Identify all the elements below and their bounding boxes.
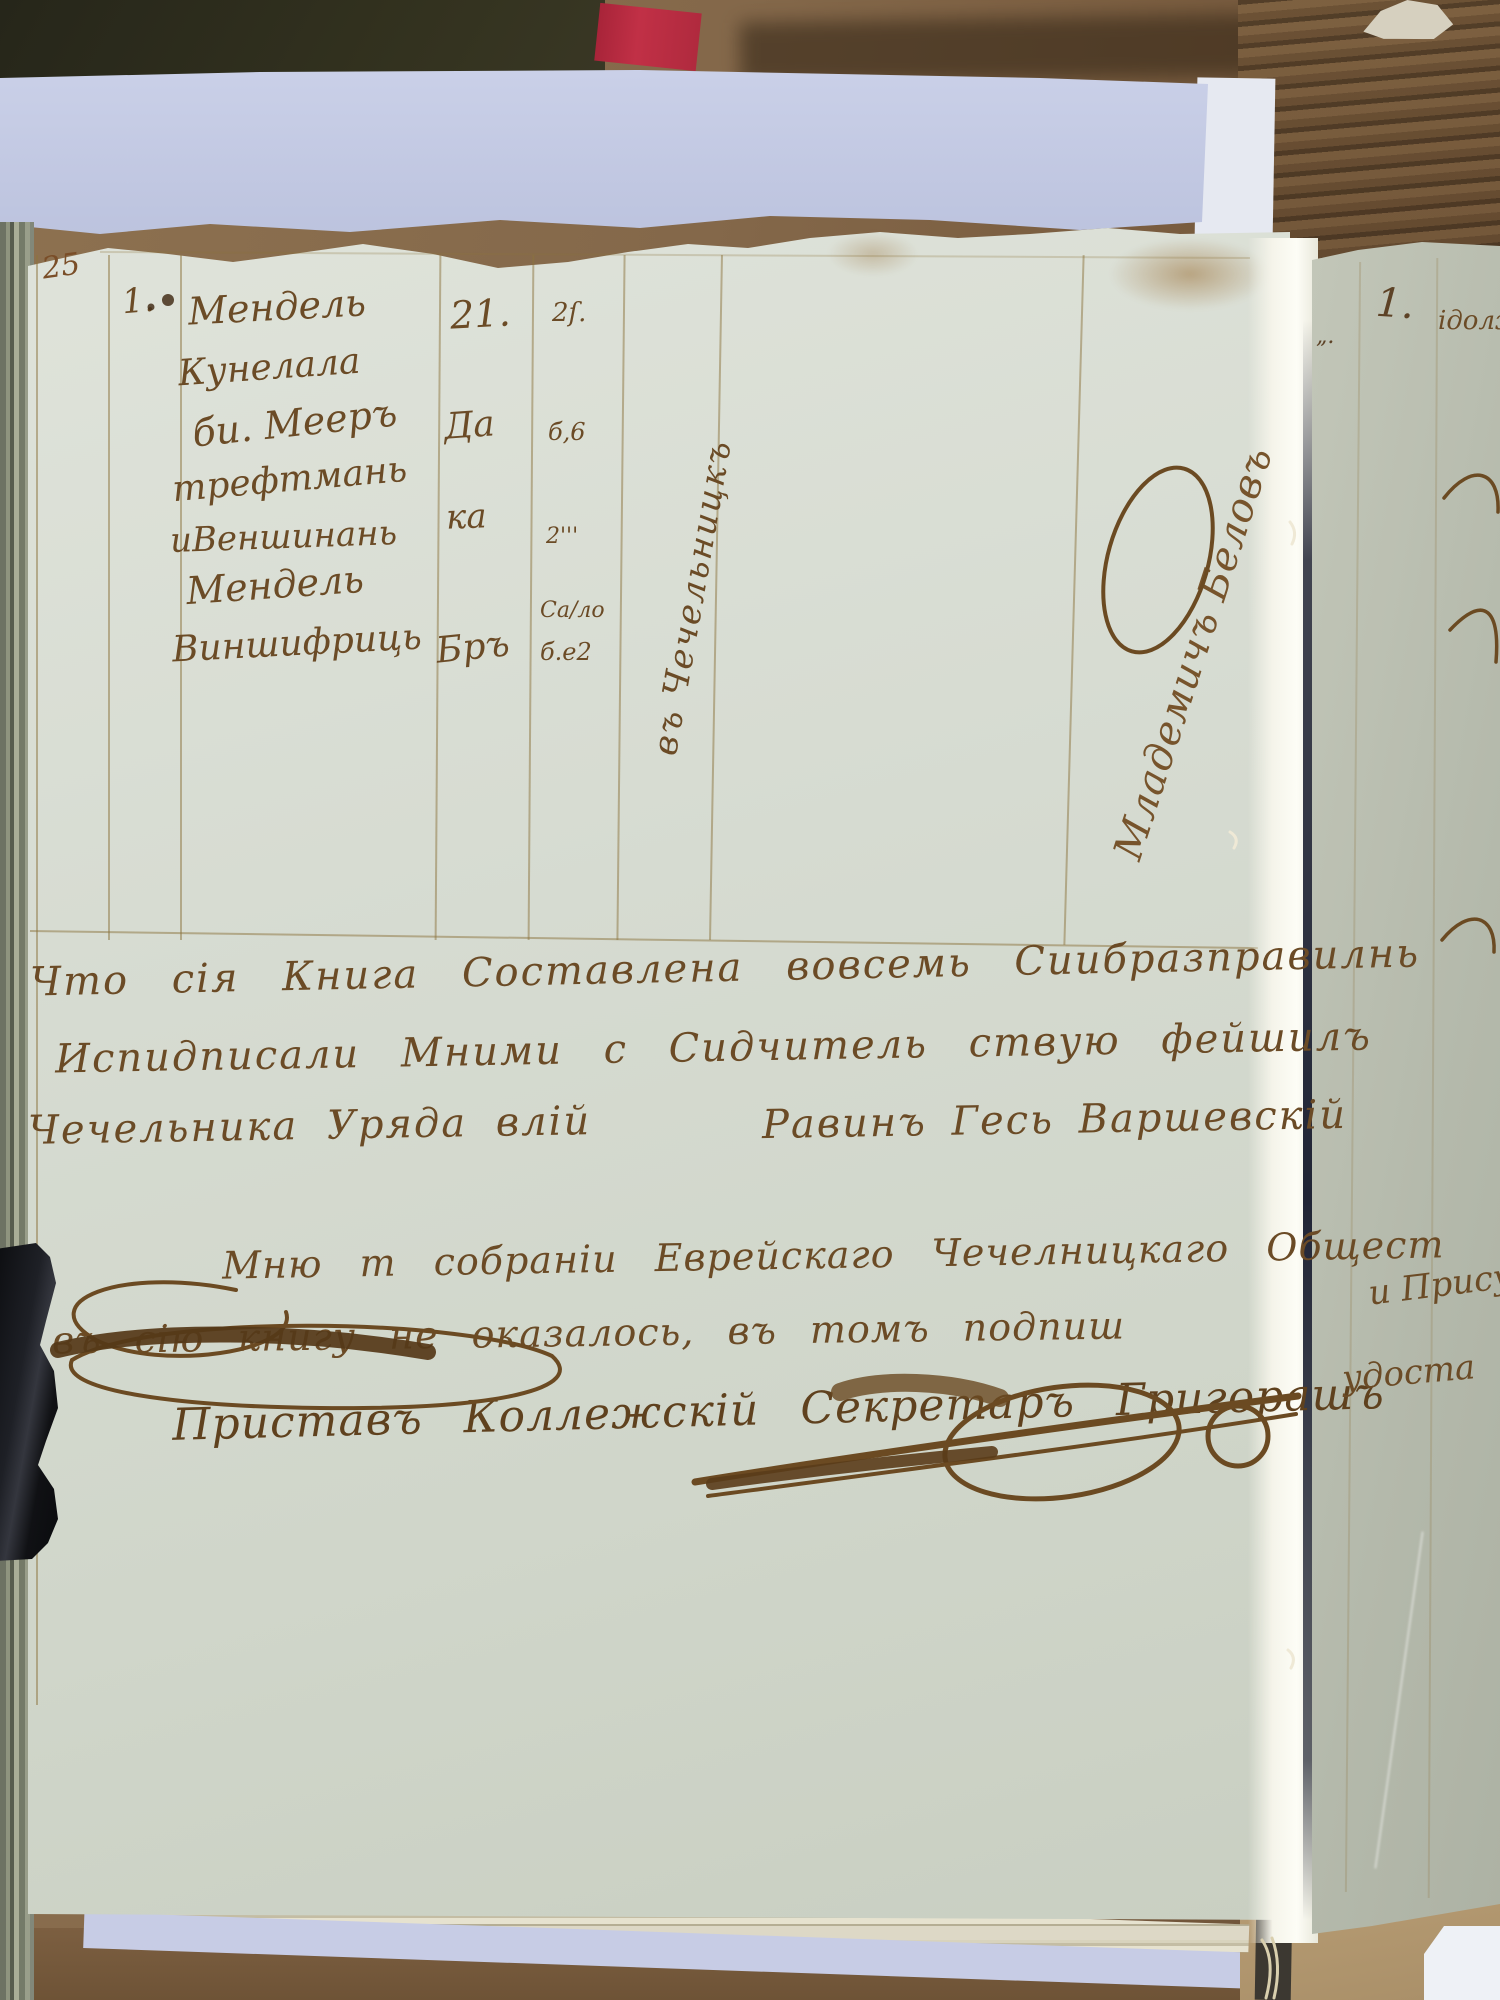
binder-clip	[0, 1243, 58, 1561]
page-number: 25	[40, 249, 82, 284]
blue-sheet	[0, 70, 1208, 238]
right-header-fragment: ідолж	[1438, 308, 1500, 334]
age-value: 21.	[449, 293, 511, 334]
attestation-line-3-right: Равинъ Гесь Варшевскій	[762, 1095, 1348, 1145]
hebrew-note: б,6	[548, 420, 586, 444]
right-page-number: 1.	[1375, 283, 1416, 326]
column-rule-1	[108, 255, 110, 940]
entry-number: 1.	[121, 283, 156, 320]
archival-photo: 25 1. Мендель Кунелала би. Мееръ трефтма…	[0, 0, 1500, 2000]
book-fore-edge	[1238, 0, 1500, 258]
right-page	[1312, 242, 1500, 1934]
name-line: Мендель	[187, 283, 367, 330]
right-note-fragment-2: удоста	[1341, 1350, 1477, 1395]
red-book-spine	[594, 3, 702, 71]
status-word: Бръ	[434, 626, 511, 669]
name-line: иВеншинань	[169, 516, 397, 558]
attestation-line-3-left: Чечельника Уряда влій	[28, 1101, 592, 1151]
hebrew-note: 2'''	[546, 526, 578, 548]
name-line: Мендель	[185, 560, 365, 610]
hebrew-note: Са/ло	[540, 600, 605, 622]
status-word: Да	[443, 406, 496, 445]
right-ditto-mark: „.	[1316, 326, 1334, 348]
ink-stain	[1110, 238, 1270, 310]
status-word: ка	[445, 499, 487, 534]
hebrew-note: 2ſ.	[552, 300, 586, 326]
hebrew-note: б.е2	[540, 640, 592, 664]
